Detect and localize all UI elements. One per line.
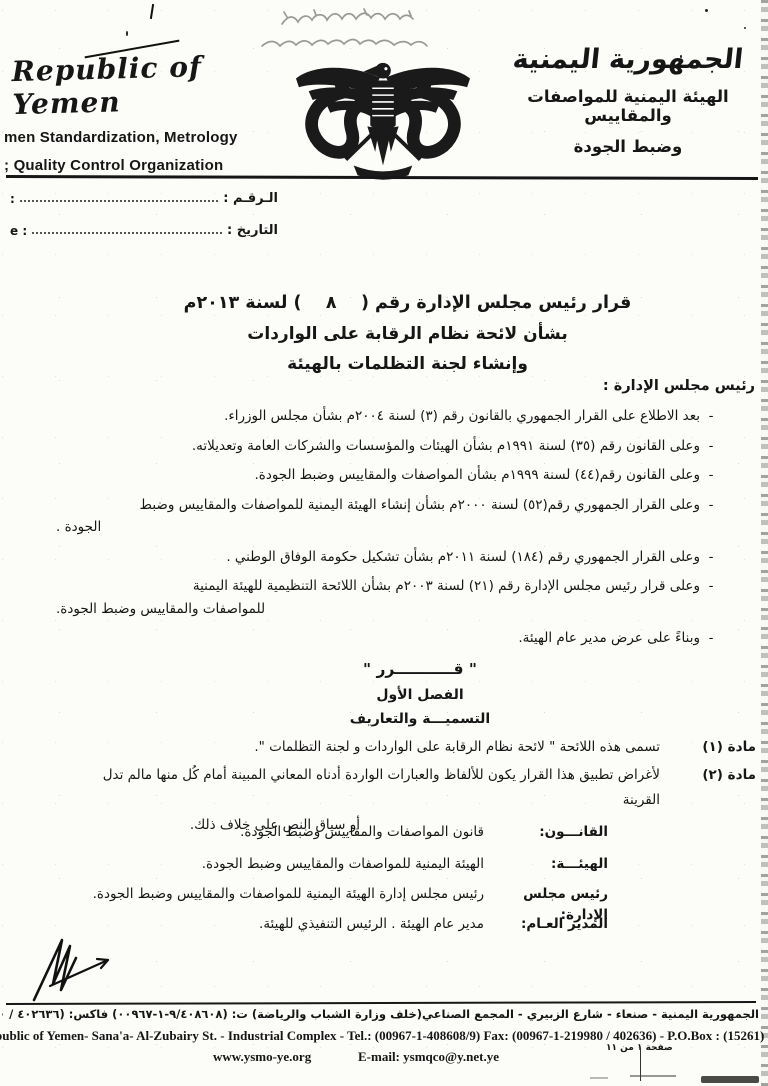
list-item: - وعلى القرار الجمهوري رقم(٥٢) لسنة ٢٠٠٠… [56,494,722,539]
footer-website: www.ysmo-ye.org [213,1049,311,1065]
definition-row-organization: الهيئـــة: الهيئة اليمنية للمواصفات والم… [78,854,608,875]
definition-text: مدير عام الهيئة . الرئيس التنفيذي للهيئة… [78,914,484,935]
list-item-text: وعلى القرار الجمهوري رقم(٥٢) لسنة ٢٠٠٠م … [56,494,700,517]
org-name-ar-line1: الهيئة اليمنية للمواصفات والمقاييس [492,87,764,125]
decree-title-block: قرار رئيس مجلس الإدارة رقم ( ٨ ) لسنة ٢٠… [100,293,715,384]
number-left-fragment: : [10,192,15,206]
signature-mark [22,928,132,1006]
org-name-en-line2: ; Quality Control Organization [4,157,250,174]
decree-title-line2: بشأن لائحة نظام الرقابة على الواردات [100,324,715,344]
list-item: - بعد الاطلاع على القرار الجمهوري بالقان… [56,405,722,428]
list-item-text-continued: الجودة . [56,516,700,539]
article-1-text: تسمى هذه اللائحة " لائحة نظام الرقابة عل… [64,735,660,760]
date-label: التاريخ : [227,223,278,238]
faded-stamp-scribble-icon [244,4,474,56]
definition-row-general-manager: المدير العـام: مدير عام الهيئة . الرئيس … [78,914,608,935]
scan-dash [630,1075,676,1077]
definition-term: القانـــون: [484,822,608,843]
chapter-heading: الفصل الأول [100,687,740,703]
document-date-row: التاريخ : e : [10,222,278,238]
list-item-text: وعلى قرار رئيس مجلس الإدارة رقم (٢١) لسن… [56,575,700,598]
country-name-calligraphy: الجمهورية اليمنية [490,44,765,75]
list-item: - وبناءً على عرض مدير عام الهيئة. [56,627,722,650]
number-dotted-line [20,190,218,202]
date-dotted-line [32,222,222,234]
article-2-label: مادة (٢) [660,763,756,838]
bullet-dash: - [700,494,722,539]
definition-term: الهيئـــة: [484,854,608,875]
header-center-block [268,4,498,188]
definition-text: قانون المواصفات والمقاييس وضبط الجودة. [78,822,484,843]
list-item-text-continued: للمواصفات والمقاييس وضبط الجودة. [56,598,700,621]
definition-row-law: القانـــون: قانون المواصفات والمقاييس وض… [78,822,608,843]
list-item-text: وعلى القانون رقم(٤٤) لسنة ١٩٩٩م بشأن الم… [56,464,700,487]
article-2-text: لأغراض تطبيق هذا القرار يكون للألفاظ وال… [64,763,660,813]
list-item: - وعلى القانون رقم(٤٤) لسنة ١٩٩٩م بشأن ا… [56,464,722,487]
scan-edge-noise [761,0,768,1086]
document-number-row: الـرقـم : : [10,190,278,206]
scan-smudge [701,1076,759,1083]
header-arabic-block: الجمهورية اليمنية الهيئة اليمنية للمواصف… [492,44,764,156]
scan-speck [744,27,746,29]
yemen-national-emblem-icon [283,56,483,188]
list-item: - وعلى القرار الجمهوري رقم (١٨٤) لسنة ٢٠… [56,546,722,569]
article-1-row: مادة (١) تسمى هذه اللائحة " لائحة نظام ا… [64,735,756,760]
decision-block: " قـــــــــــرر " الفصل الأول التسميـــ… [100,660,740,727]
decree-title-line1: قرار رئيس مجلس الإدارة رقم ( ٨ ) لسنة ٢٠… [100,293,715,313]
preamble-list: - بعد الاطلاع على القرار الجمهوري بالقان… [56,405,722,657]
article-1-label: مادة (١) [660,735,756,760]
number-label: الـرقـم : [223,191,278,206]
scan-speck [705,9,708,12]
scan-dash [590,1077,608,1079]
date-left-fragment: e : [10,224,27,238]
bullet-dash: - [700,546,722,569]
list-item-text: وبناءً على عرض مدير عام الهيئة. [56,627,700,650]
decided-word: " قـــــــــــرر " [100,660,740,678]
decree-title-line3: وإنشاء لجنة التظلمات بالهيئة [100,354,715,374]
scanned-document-page: Republic of Yemen men Standardization, M… [0,0,768,1086]
bullet-dash: - [700,435,722,458]
scan-speck [126,31,128,36]
footer-address-english: public of Yemen- Sana'a- Al-Zubairy St. … [0,1028,764,1044]
bullet-dash: - [700,575,722,620]
org-name-ar-line2: وضبط الجودة [492,137,764,156]
list-item: - وعلى القانون رقم (٣٥) لسنة ١٩٩١م بشأن … [56,435,722,458]
header-english-block: Republic of Yemen men Standardization, M… [0,52,250,174]
definition-term: المدير العـام: [484,914,608,935]
list-item-text: وعلى القرار الجمهوري رقم (١٨٤) لسنة ٢٠١١… [56,546,700,569]
footer-address-arabic: الجمهورية اليمنية - صنعاء - شارع الزبيري… [2,1007,759,1021]
list-item-text: وعلى القانون رقم (٣٥) لسنة ١٩٩١م بشأن ال… [56,435,700,458]
section-heading: التسميـــة والتعاريف [100,711,740,727]
scan-mark [150,4,154,19]
bullet-dash: - [700,405,722,428]
definition-text: الهيئة اليمنية للمواصفات والمقاييس وضبط … [78,854,484,875]
bullet-dash: - [700,464,722,487]
list-item-text: بعد الاطلاع على القرار الجمهوري بالقانون… [56,405,700,428]
preamble-heading: رئيس مجلس الإدارة : [603,378,755,394]
bullet-dash: - [700,627,722,650]
footer-email: E-mail: ysmqco@y.net.ye [358,1049,499,1065]
org-name-script-en: Republic of Yemen [11,49,251,121]
list-item: - وعلى قرار رئيس مجلس الإدارة رقم (٢١) ل… [56,575,722,620]
org-name-en-line1: men Standardization, Metrology [4,129,250,146]
